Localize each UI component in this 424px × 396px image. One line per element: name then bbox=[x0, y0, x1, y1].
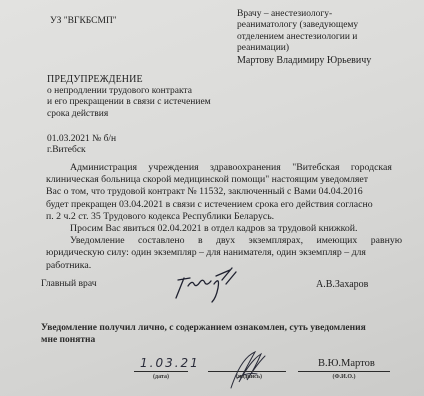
subtitle-line: и его прекращении в связи с истечением bbox=[47, 97, 211, 108]
date-and-place: 01.03.2021 № б/н г.Витебск bbox=[47, 134, 116, 157]
body-line: Вас о том, что трудовой контракт № 11532… bbox=[46, 186, 416, 198]
signatory-name: А.В.Захаров bbox=[316, 279, 368, 291]
body-line: клиническая больница скорой медицинской … bbox=[46, 174, 416, 186]
document-body: Администрация учреждения здравоохранения… bbox=[46, 162, 416, 272]
acknowledgement-text: Уведомление получил лично, с содержанием… bbox=[41, 322, 413, 347]
document-city: г.Витебск bbox=[47, 145, 116, 156]
body-line: Уведомление составлено в двух экземпляра… bbox=[46, 235, 416, 247]
addressee-line: отделением анестезиологии и bbox=[237, 32, 371, 43]
subtitle-line: о непродлении трудового контракта bbox=[47, 86, 211, 97]
body-line: Просим Вас явиться 02.04.2021 в отдел ка… bbox=[46, 223, 416, 235]
subtitle-line: срока действия bbox=[47, 109, 211, 120]
body-line: будет прекращен 03.04.2021 в связи с ист… bbox=[46, 199, 416, 211]
date-caption: (дата) bbox=[140, 374, 182, 380]
addressee-line: Врачу – анестезиологу- bbox=[237, 9, 371, 20]
name-caption: (Ф.И.О.) bbox=[324, 374, 364, 380]
document-subtitle: о непродлении трудового контракта и его … bbox=[47, 86, 211, 120]
handwritten-date: 1.03.21 bbox=[140, 356, 200, 370]
signature-line bbox=[208, 371, 286, 372]
date-line bbox=[134, 371, 188, 372]
chief-signature bbox=[170, 262, 250, 304]
ack-line: мне понятна bbox=[41, 334, 413, 346]
name-line bbox=[298, 371, 390, 372]
body-line: юридическую силу: один экземпляр – для н… bbox=[46, 247, 416, 259]
addressee-block: Врачу – анестезиологу- реаниматологу (за… bbox=[237, 9, 371, 66]
organization-name: УЗ "ВГКБСМП" bbox=[50, 16, 117, 28]
document-date-number: 01.03.2021 № б/н bbox=[47, 134, 116, 145]
body-line: п. 2 ч.2 ст. 35 Трудового кодекса Респуб… bbox=[46, 211, 416, 223]
ack-line: Уведомление получил лично, с содержанием… bbox=[41, 322, 413, 334]
addressee-line: реаниматологу (заведующему bbox=[237, 20, 371, 31]
addressee-name: Мартову Владимиру Юрьевичу bbox=[237, 55, 371, 66]
document-title: ПРЕДУПРЕЖДЕНИЕ bbox=[47, 74, 143, 86]
recipient-name: В.Ю.Мартов bbox=[318, 358, 375, 369]
signatory-title: Главный врач bbox=[41, 278, 97, 290]
body-line: Администрация учреждения здравоохранения… bbox=[46, 162, 416, 174]
addressee-line: реанимации) bbox=[237, 43, 371, 54]
signature-caption: (подпись) bbox=[228, 374, 270, 380]
